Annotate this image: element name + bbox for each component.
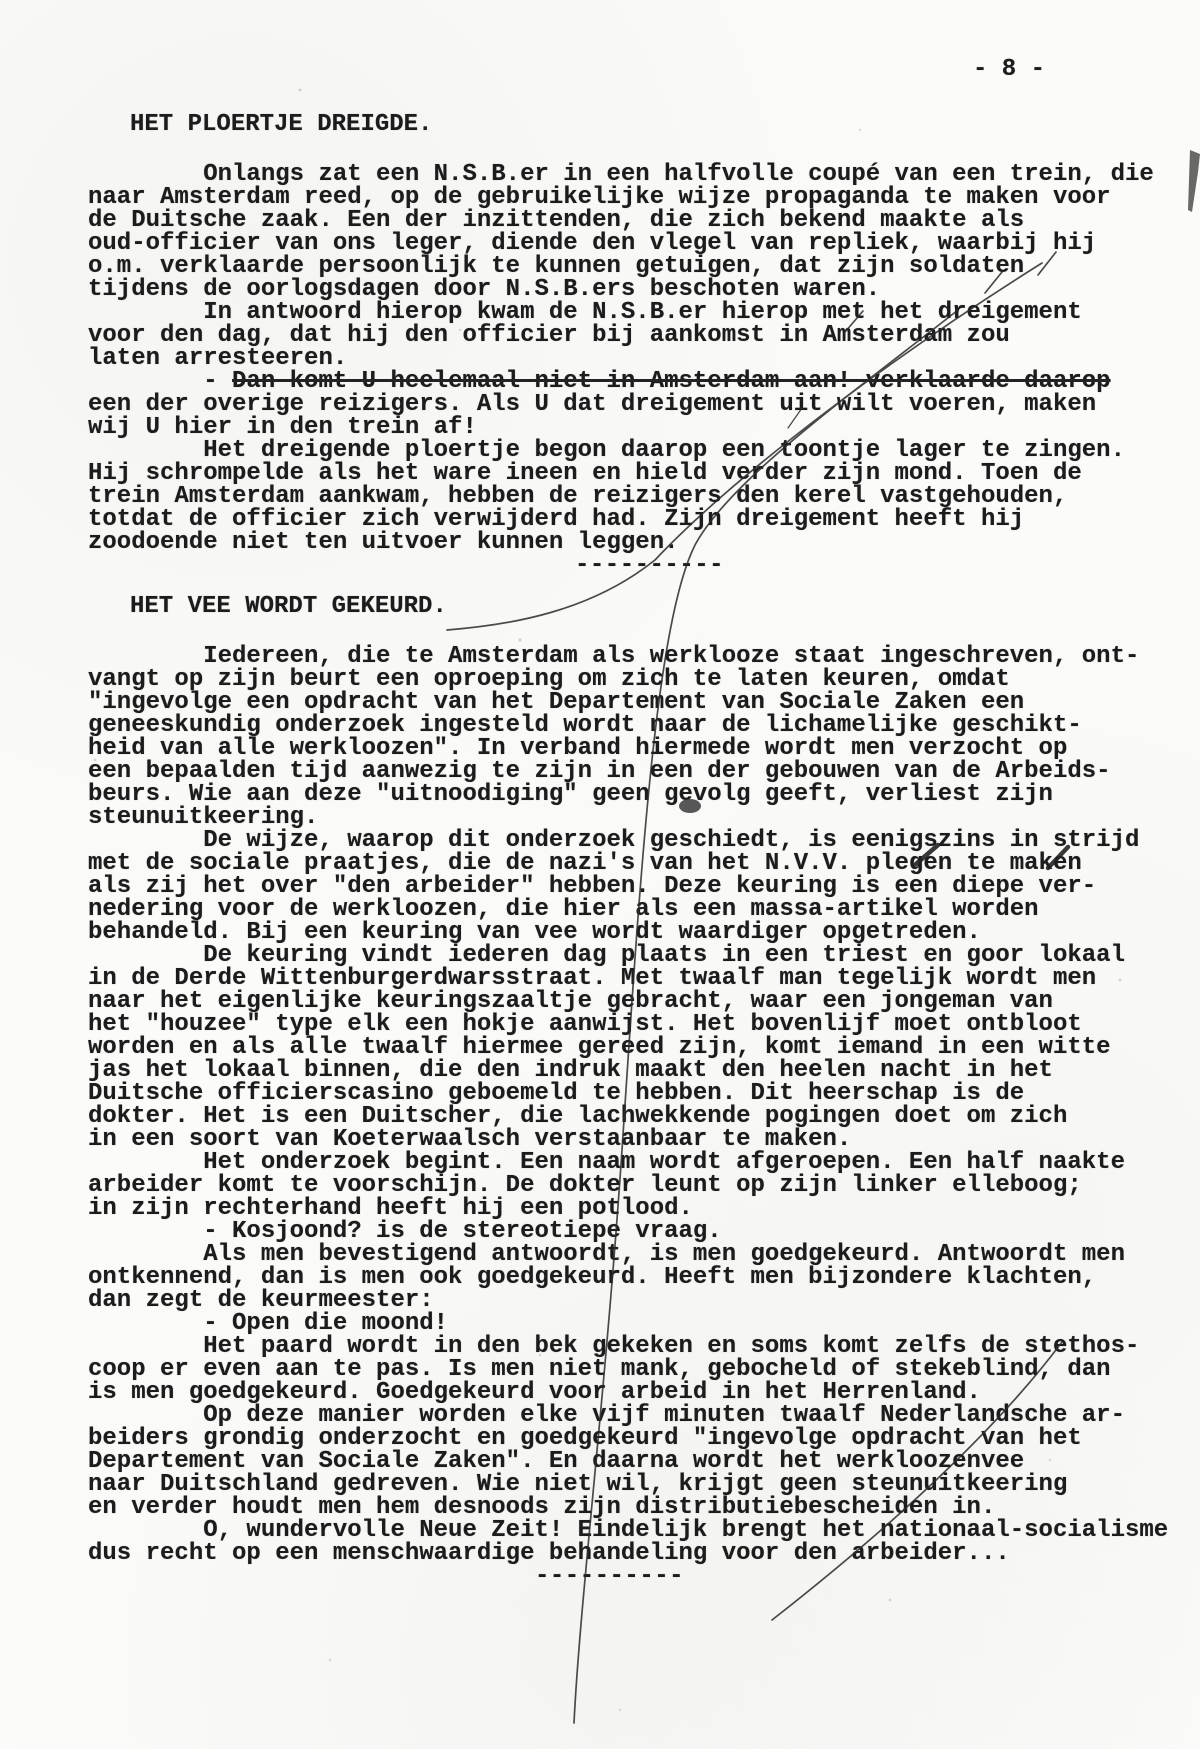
text-line: in de Derde Wittenburgerdwarsstraat. Met… <box>88 967 1188 990</box>
article-title: HET PLOERTJE DREIGDE. <box>130 113 1188 136</box>
article-vee-gekeurd: HET VEE WORDT GEKEURD. Iedereen, die te … <box>88 595 1188 1588</box>
text-line: o.m. verklaarde persoonlijk te kunnen ge… <box>88 255 1188 278</box>
scan-edge-artifact <box>1188 150 1200 212</box>
text-line: Onlangs zat een N.S.B.er in een halfvoll… <box>88 163 1188 186</box>
text-line: Het dreigende ploertje begon daarop een … <box>88 439 1188 462</box>
text-line: behandeld. Bij een keuring van vee wordt… <box>88 921 1188 944</box>
section-separator: ---------- <box>535 1565 1188 1588</box>
text-line: wij U hier in den trein af! <box>88 416 1188 439</box>
document-body: HET PLOERTJE DREIGDE. Onlangs zat een N.… <box>88 113 1188 1588</box>
text-line: een der overige reizigers. Als U dat dre… <box>88 393 1188 416</box>
text-line: trein Amsterdam aankwam, hebben de reizi… <box>88 485 1188 508</box>
text-line: in zijn rechterhand heeft hij een potloo… <box>88 1197 1188 1220</box>
text-line: en verder houdt men hem desnoods zijn di… <box>88 1496 1188 1519</box>
article-title: HET VEE WORDT GEKEURD. <box>130 595 1188 618</box>
section-separator: ---------- <box>575 554 1188 577</box>
text-line: beiders grondig onderzocht en goedgekeur… <box>88 1427 1188 1450</box>
text-line: Iedereen, die te Amsterdam als werklooze… <box>88 645 1188 668</box>
text-line: dus recht op een menschwaardige behandel… <box>88 1542 1188 1565</box>
text-line: naar Amsterdam reed, op de gebruikelijke… <box>88 186 1188 209</box>
text-line: De wijze, waarop dit onderzoek geschiedt… <box>88 829 1188 852</box>
text-line: beurs. Wie aan deze "uitnoodiging" geen … <box>88 783 1188 806</box>
text-line: De keuring vindt iederen dag plaats in e… <box>88 944 1188 967</box>
text-line: laten arresteeren. <box>88 347 1188 370</box>
text-line: O, wundervolle Neue Zeit! Eindelijk bren… <box>88 1519 1188 1542</box>
text-line: nedering voor de werkloozen, die hier al… <box>88 898 1188 921</box>
text-line: oud-officier van ons leger, diende den v… <box>88 232 1188 255</box>
text-line: "ingevolge een opdracht van het Departem… <box>88 691 1188 714</box>
text-line: Het paard wordt in den bek gekeken en so… <box>88 1335 1188 1358</box>
text-line: heid van alle werkloozen". In verband hi… <box>88 737 1188 760</box>
text-line: zoodoende niet ten uitvoer kunnen leggen… <box>88 531 1188 554</box>
text-line: ontkennend, dan is men ook goedgekeurd. … <box>88 1266 1188 1289</box>
text-line: totdat de officier zich verwijderd had. … <box>88 508 1188 531</box>
text-line: Als men bevestigend antwoordt, is men go… <box>88 1243 1188 1266</box>
text-line: de Duitsche zaak. Een der inzittenden, d… <box>88 209 1188 232</box>
text-line: vangt op zijn beurt een oproeping om zic… <box>88 668 1188 691</box>
text-line: Hij schrompelde als het ware ineen en hi… <box>88 462 1188 485</box>
text-line: dokter. Het is een Duitscher, die lachwe… <box>88 1105 1188 1128</box>
text-line: een bepaalden tijd aanwezig te zijn in e… <box>88 760 1188 783</box>
text-line: naar Duitschland gedreven. Wie niet wil,… <box>88 1473 1188 1496</box>
text-line: geneeskundig onderzoek ingesteld wordt n… <box>88 714 1188 737</box>
text-line: Het onderzoek begint. Een naam wordt afg… <box>88 1151 1188 1174</box>
text-line: het "houzee" type elk een hokje aanwijst… <box>88 1013 1188 1036</box>
article-ploertje: HET PLOERTJE DREIGDE. Onlangs zat een N.… <box>88 113 1188 577</box>
text-line: als zij het over "den arbeider" hebben. … <box>88 875 1188 898</box>
scanned-page: - 8 - HET PLOERTJE DREIGDE. Onlangs zat … <box>0 0 1200 1749</box>
text-line: in een soort van Koeterwaalsch verstaanb… <box>88 1128 1188 1151</box>
text-line: steunuitkeering. <box>88 806 1188 829</box>
text-line: is men goedgekeurd. Goedgekeurd voor arb… <box>88 1381 1188 1404</box>
text-line: coop er even aan te pas. Is men niet man… <box>88 1358 1188 1381</box>
article-paragraphs: Iedereen, die te Amsterdam als werklooze… <box>88 645 1188 1565</box>
text-line: In antwoord hierop kwam de N.S.B.er hier… <box>88 301 1188 324</box>
text-line: met de sociale praatjes, die de nazi's v… <box>88 852 1188 875</box>
page-number: - 8 - <box>973 58 1045 81</box>
text-line: voor den dag, dat hij den officier bij a… <box>88 324 1188 347</box>
text-line: Departement van Sociale Zaken". En daarn… <box>88 1450 1188 1473</box>
text-line: - Kosjoond? is de stereotiepe vraag. <box>88 1220 1188 1243</box>
text-line: naar het eigenlijke keuringszaaltje gebr… <box>88 990 1188 1013</box>
article-paragraphs: Onlangs zat een N.S.B.er in een halfvoll… <box>88 163 1188 554</box>
text-line: worden en als alle twaalf hiermee gereed… <box>88 1036 1188 1059</box>
text-line: dan zegt de keurmeester: <box>88 1289 1188 1312</box>
text-line: arbeider komt te voorschijn. De dokter l… <box>88 1174 1188 1197</box>
text-line: jas het lokaal binnen, die den indruk ma… <box>88 1059 1188 1082</box>
text-line: - Open die moond! <box>88 1312 1188 1335</box>
text-line: Duitsche officierscasino geboemeld te he… <box>88 1082 1188 1105</box>
text-line: tijdens de oorlogsdagen door N.S.B.ers b… <box>88 278 1188 301</box>
text-line: - Dan komt U heelemaal niet in Amsterdam… <box>88 370 1188 393</box>
text-line: Op deze manier worden elke vijf minuten … <box>88 1404 1188 1427</box>
